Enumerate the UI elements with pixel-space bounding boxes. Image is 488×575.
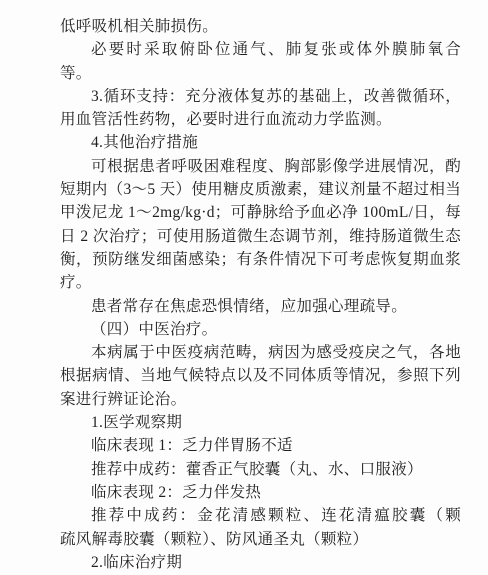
text-line: 用血管活性药物，必要时进行血流动力学监测。 bbox=[60, 108, 461, 131]
text-line: 低呼吸机相关肺损伤。 bbox=[60, 15, 461, 38]
text-line: 推荐中成药：金花清感颗粒、连花清瘟胶囊（颗粒）、 bbox=[60, 504, 461, 527]
text-line: 案进行辨证论治。 bbox=[60, 388, 461, 411]
text-line: 甲泼尼龙 1～2mg/kg·d；可静脉给予血必净 100mL/日，每 bbox=[60, 201, 461, 224]
text-line: 疏风解毒胶囊（颗粒）、防风通圣丸（颗粒） bbox=[60, 528, 461, 551]
text-line: 2.临床治疗期 bbox=[60, 551, 461, 574]
text-line: 衡，预防继发细菌感染；有条件情况下可考虑恢复期血浆治 bbox=[60, 248, 461, 271]
text-line: 患者常存在焦虑恐惧情绪，应加强心理疏导。 bbox=[60, 295, 461, 318]
text-line: 可根据患者呼吸困难程度、胸部影像学进展情况，酌情 bbox=[60, 155, 461, 178]
document-text: 低呼吸机相关肺损伤。必要时采取俯卧位通气、肺复张或体外膜肺氧合（ECMO）等。3… bbox=[60, 15, 461, 574]
text-line: 1.医学观察期 bbox=[60, 411, 461, 434]
text-line: 推荐中成药：藿香正气胶囊（丸、水、口服液） bbox=[60, 458, 461, 481]
text-line: 必要时采取俯卧位通气、肺复张或体外膜肺氧合（ECMO） bbox=[60, 38, 461, 61]
text-line: 临床表现 2：乏力伴发热 bbox=[60, 481, 461, 504]
text-line: 短期内（3～5 天）使用糖皮质激素，建议剂量不超过相当于 bbox=[60, 178, 461, 201]
text-line: （四）中医治疗。 bbox=[60, 318, 461, 341]
text-line: 3.循环支持：充分液体复苏的基础上，改善微循环，使 bbox=[60, 85, 461, 108]
text-line: 临床表现 1：乏力伴胃肠不适 bbox=[60, 434, 461, 457]
text-line: 根据病情、当地气候特点以及不同体质等情况，参照下列方 bbox=[60, 364, 461, 387]
text-line: 4.其他治疗措施 bbox=[60, 131, 461, 154]
text-line: 本病属于中医疫病范畴，病因为感受疫戾之气，各地可 bbox=[60, 341, 461, 364]
text-line: 等。 bbox=[60, 62, 461, 85]
document-page: 低呼吸机相关肺损伤。必要时采取俯卧位通气、肺复张或体外膜肺氧合（ECMO）等。3… bbox=[0, 0, 488, 575]
text-line: 日 2 次治疗；可使用肠道微生态调节剂，维持肠道微生态平 bbox=[60, 225, 461, 248]
text-line: 疗。 bbox=[60, 271, 461, 294]
